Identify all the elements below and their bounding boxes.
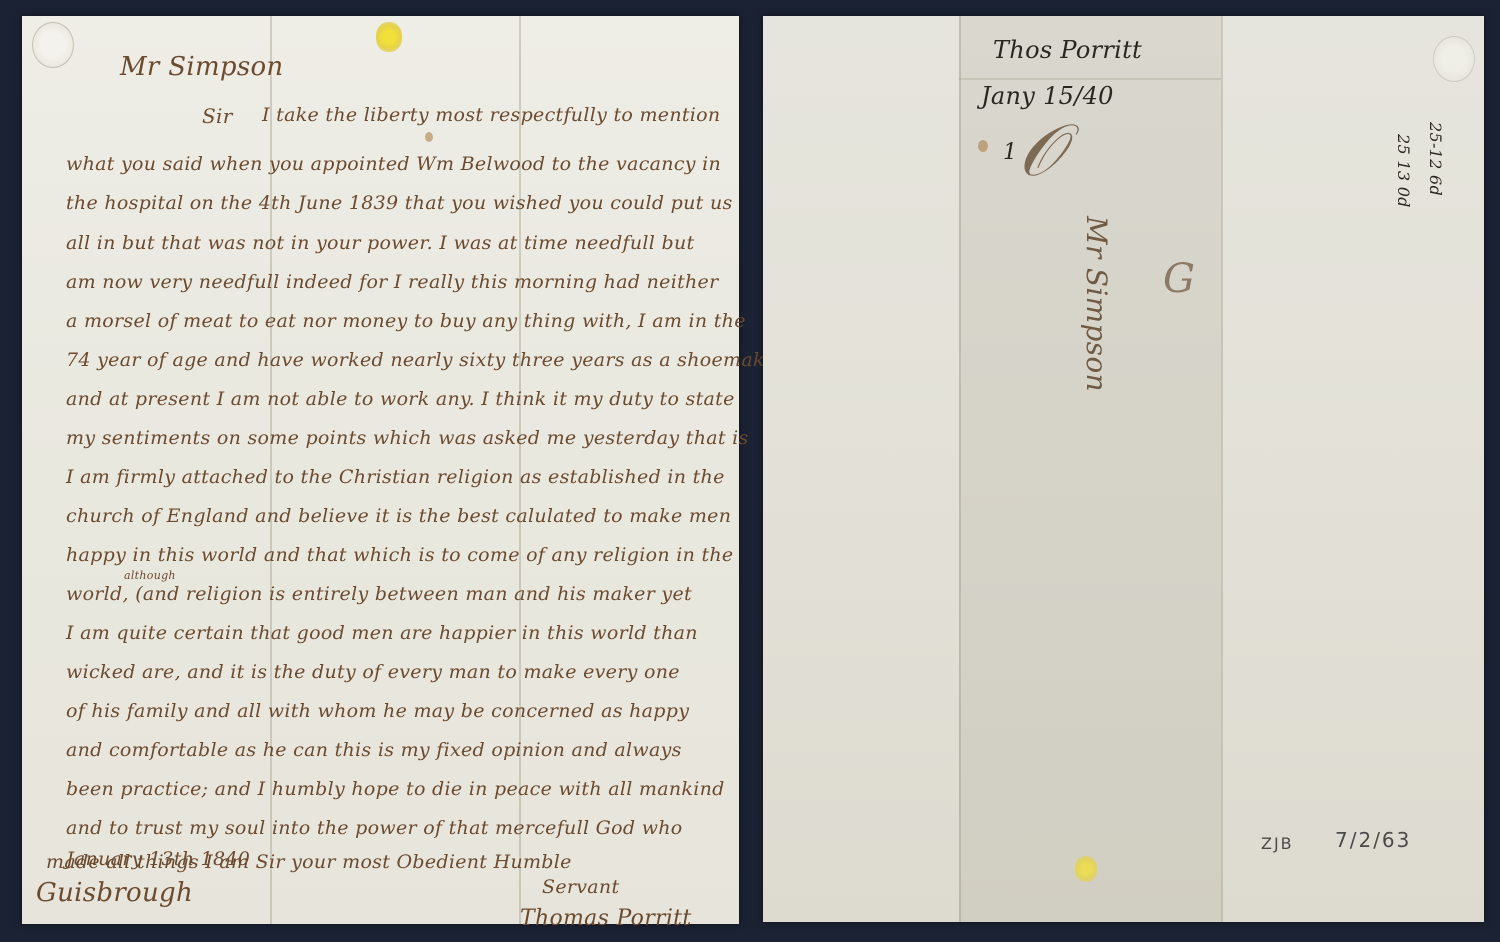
archive-mark-initials: ZJB: [1261, 834, 1294, 853]
letter-line: church of England and believe it is the …: [66, 505, 731, 527]
interlinear-insertion: although: [124, 569, 176, 582]
address-panel: [959, 16, 1221, 922]
salutation: Sir: [202, 104, 233, 128]
wax-seal-remnant: [376, 22, 402, 52]
margin-note: 25-12 6d: [1426, 122, 1445, 196]
salutation-name: Mr Simpson: [120, 52, 283, 82]
letter-line: my sentiments on some points which was a…: [66, 427, 749, 449]
docket-date: Jany 15/40: [981, 82, 1114, 110]
letter-line: I am quite certain that good men are hap…: [66, 622, 698, 644]
letter-line: world, (and religion is entirely between…: [66, 583, 692, 605]
letter-line: I take the liberty most respectfully to …: [262, 104, 720, 126]
embossed-seal-icon: [32, 22, 74, 68]
docket-name: Thos Porritt: [993, 36, 1142, 64]
letter-line: and comfortable as he can this is my fix…: [66, 739, 682, 761]
letter-line: and at present I am not able to work any…: [66, 388, 735, 410]
archive-mark-date: 7/2/63: [1335, 828, 1411, 852]
signature: Thomas Porritt: [520, 906, 691, 931]
letter-verso: Thos Porritt Jany 15/40 1 𝒪 Mr Simpson G…: [763, 16, 1484, 922]
letter-line: a morsel of meat to eat nor money to buy…: [66, 310, 746, 332]
letter-line: of his family and all with whom he may b…: [66, 700, 689, 722]
letter-line: I am firmly attached to the Christian re…: [66, 466, 725, 488]
embossed-seal-icon: [1433, 36, 1475, 82]
address: Mr Simpson: [1080, 216, 1113, 392]
closing: Servant: [542, 876, 619, 898]
address-flourish: G: [1163, 256, 1195, 302]
letter-line: all in but that was not in your power. I…: [66, 232, 694, 254]
address-flourish-icon: 𝒪: [1018, 108, 1064, 194]
letter-recto: Mr Simpson Sir I take the liberty most r…: [22, 16, 739, 924]
ink-stain: [425, 132, 433, 142]
letter-line: the hospital on the 4th June 1839 that y…: [66, 192, 733, 214]
fold-line: [959, 16, 961, 922]
letter-line: am now very needfull indeed for I really…: [66, 271, 718, 293]
letter-line: 74 year of age and have worked nearly si…: [66, 349, 786, 371]
letter-line: been practice; and I humbly hope to die …: [66, 778, 725, 800]
margin-note: 25 13 0d: [1394, 134, 1413, 208]
docket-mark: 1: [1003, 140, 1017, 165]
wax-seal-remnant: [1075, 856, 1097, 882]
letter-line: happy in this world and that which is to…: [66, 544, 733, 566]
fold-line: [1221, 16, 1223, 922]
letter-line: and to trust my soul into the power of t…: [66, 817, 683, 839]
ink-stain: [978, 140, 988, 152]
letter-line: what you said when you appointed Wm Belw…: [66, 153, 721, 175]
letter-line: wicked are, and it is the duty of every …: [66, 661, 680, 683]
fold-line: [959, 78, 1221, 80]
date: January 13th 1840: [66, 848, 250, 870]
place: Guisbrough: [36, 878, 193, 908]
